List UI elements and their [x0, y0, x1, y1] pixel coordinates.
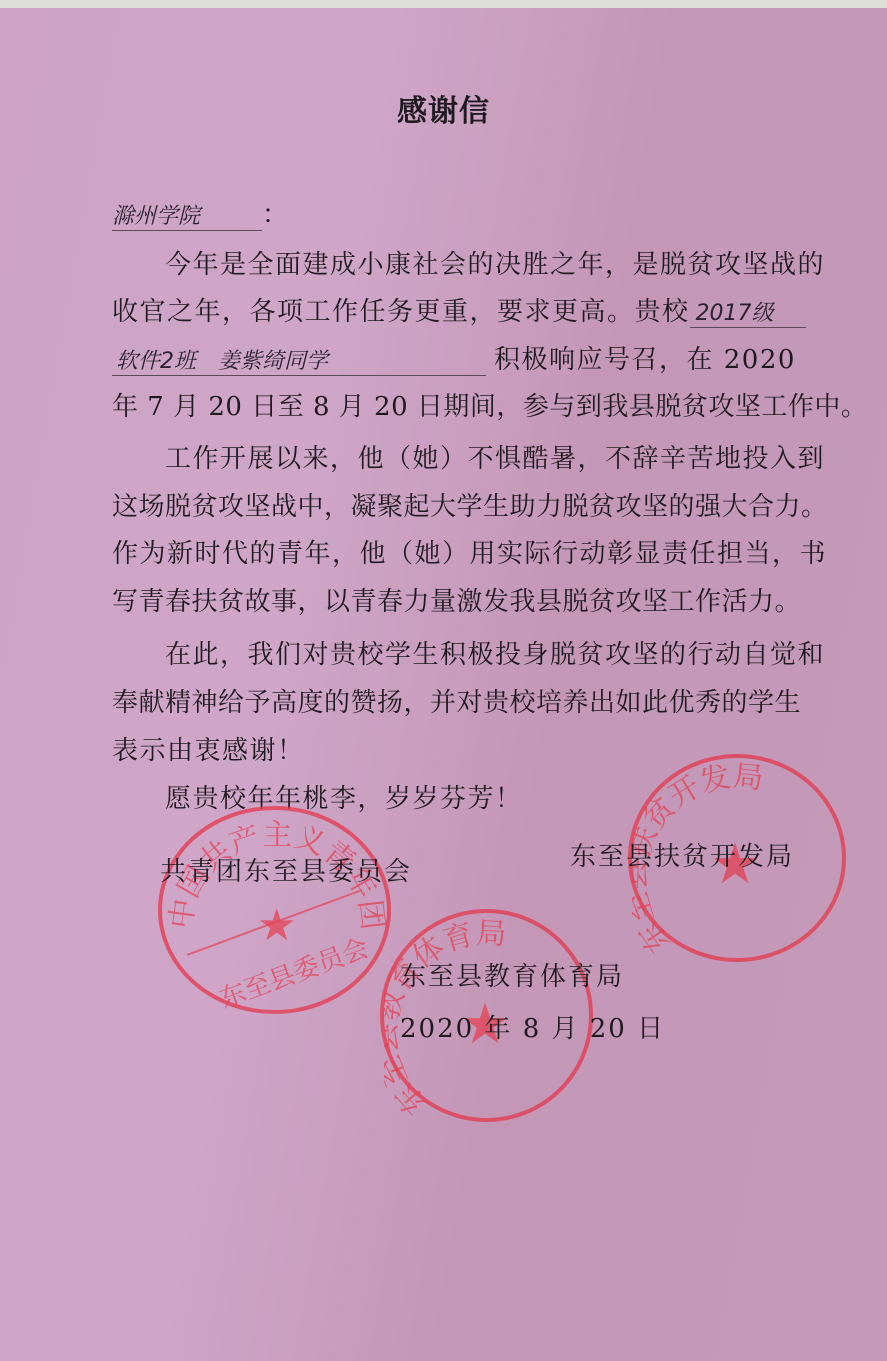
p2-line4: 写青春扶贫故事，以青春力量激发我县脱贫攻坚工作活力。: [112, 581, 801, 618]
recipient-handwritten: 滁州学院: [112, 199, 262, 231]
p1-line2-prefix: 收官之年，各项工作任务更重，要求更高。贵校: [112, 297, 690, 327]
star-icon: ★: [257, 900, 296, 951]
student-handwritten: 软件2班 姜紫绮同学: [112, 344, 486, 376]
stamp-youth-league: 中国共产主义青年团 ★ 东至县委员会: [158, 806, 391, 1014]
letter-page: 感谢信 滁州学院： 今年是全面建成小康社会的决胜之年，是脱贫攻坚战的 收官之年，…: [0, 6, 887, 1361]
signatory-education-bureau: 东至县教育体育局: [400, 956, 624, 993]
p1-line4: 年 7 月 20 日至 8 月 20 日期间，参与到我县脱贫攻坚工作中。: [112, 386, 867, 423]
p3-line2: 奉献精神给予高度的赞扬，并对贵校培养出如此优秀的学生: [112, 682, 801, 719]
signatory-youth-league: 共青团东至县委员会: [160, 851, 412, 888]
p1-line3: 软件2班 姜紫绮同学积极响应号召，在 2020: [112, 339, 796, 376]
salutation-colon: ：: [262, 200, 290, 230]
p3-line1: 在此，我们对贵校学生积极投身脱贫攻坚的行动自觉和: [165, 634, 825, 671]
stamp-youth-league-graphic: 中国共产主义青年团 ★ 东至县委员会: [162, 810, 387, 1010]
salutation: 滁州学院：: [112, 194, 290, 231]
letter-title: 感谢信: [0, 86, 887, 130]
letter-date: 2020 年 8 月 20 日: [400, 1008, 665, 1045]
p3-line3: 表示由衷感谢！: [112, 730, 305, 767]
signatory-poverty-office: 东至县扶贫开发局: [570, 836, 794, 873]
grade-handwritten: 2017级: [690, 296, 806, 328]
p2-line2: 这场脱贫攻坚战中，凝聚起大学生助力脱贫攻坚的强大合力。: [112, 486, 828, 523]
p1-line1: 今年是全面建成小康社会的决胜之年，是脱贫攻坚战的: [165, 244, 825, 281]
p1-line3-suffix: 积极响应号召，在 2020: [494, 345, 796, 375]
p2-line1: 工作开展以来，他（她）不惧酷暑，不辞辛苦地投入到: [165, 438, 825, 475]
p1-line2: 收官之年，各项工作任务更重，要求更高。贵校2017级: [112, 291, 806, 328]
p2-line3: 作为新时代的青年，他（她）用实际行动彰显责任担当，书: [112, 533, 827, 570]
